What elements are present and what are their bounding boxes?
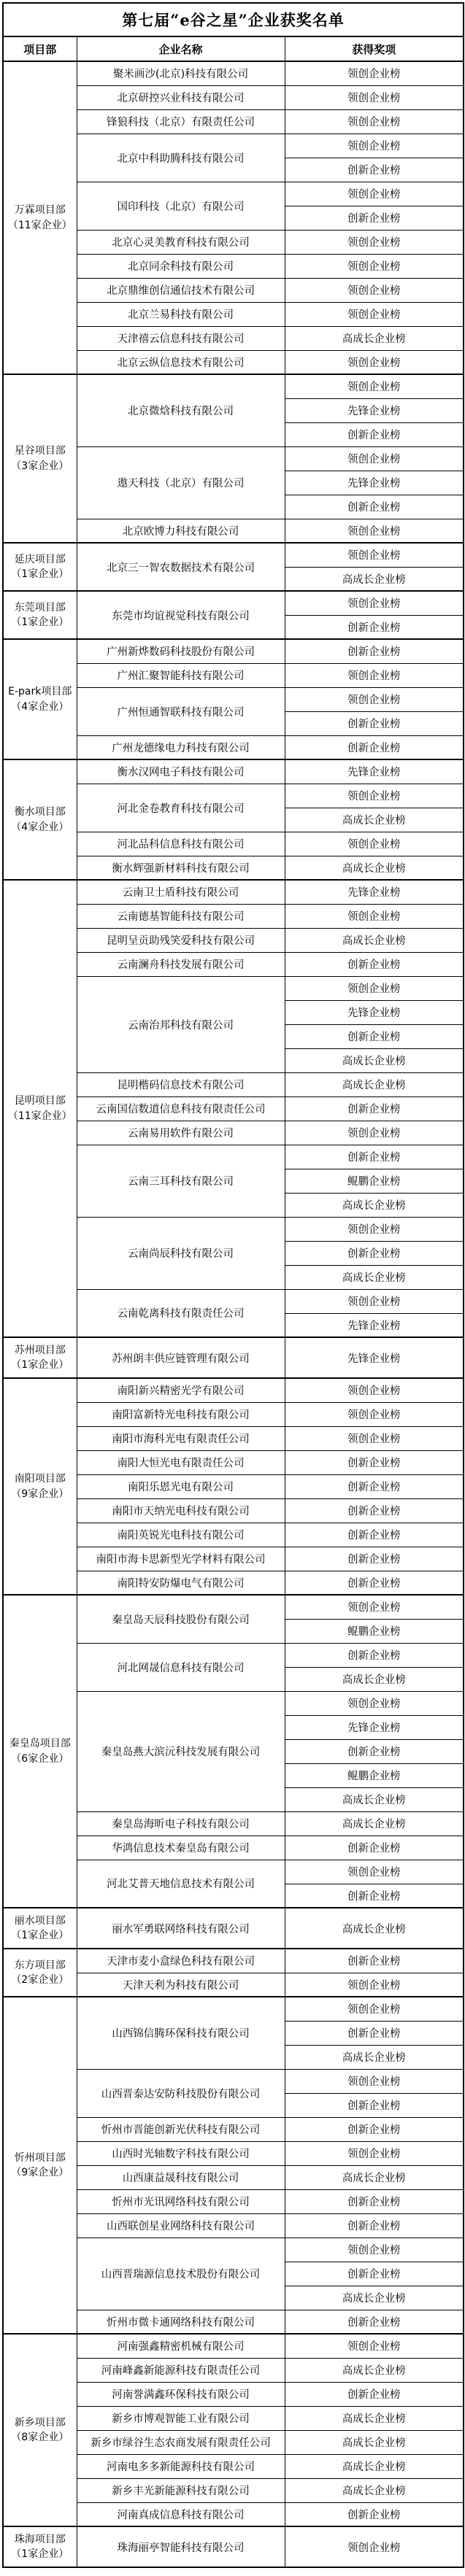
award-cell: 领创企业榜 xyxy=(285,230,464,254)
award-cell: 高成长企业榜 xyxy=(285,928,464,952)
company-name-cell: 山西晋瑞源信息技术股份有限公司 xyxy=(77,2237,285,2310)
award-cell: 创新企业榜 xyxy=(285,495,464,519)
award-cell: 领创企业榜 xyxy=(285,446,464,471)
award-cell: 先锋企业榜 xyxy=(285,1313,464,1337)
table-row: 秦皇岛项目部（6家企业）秦皇岛天辰科技股份有限公司领创企业榜 xyxy=(3,1595,464,1619)
award-cell: 领创企业榜 xyxy=(285,1289,464,1313)
award-cell: 领创企业榜 xyxy=(285,976,464,1000)
award-cell: 创新企业榜 xyxy=(285,2213,464,2237)
award-cell: 领创企业榜 xyxy=(285,2526,464,2567)
company-name-cell: 天津天利为科技有限公司 xyxy=(77,1973,285,1997)
project-dept-name: 万霖项目部 xyxy=(4,203,76,217)
award-cell: 领创企业榜 xyxy=(285,784,464,808)
project-dept-cell: 珠海项目部（1家企业） xyxy=(3,2526,77,2567)
project-dept-name: 秦皇岛项目部 xyxy=(4,1736,76,1751)
award-cell: 创新企业榜 xyxy=(285,1949,464,1973)
company-name-cell: 北京心灵美教育科技有限公司 xyxy=(77,230,285,254)
project-dept-count: （3家企业） xyxy=(4,459,76,473)
company-name-cell: 山西锦信腾环保科技有限公司 xyxy=(77,1997,285,2069)
company-name-cell: 丽水军勇联网络科技有限公司 xyxy=(77,1908,285,1949)
award-cell: 领创企业榜 xyxy=(285,687,464,711)
award-cell: 创新企业榜 xyxy=(285,1523,464,1547)
award-cell: 创新企业榜 xyxy=(285,1450,464,1474)
company-name-cell: 新乡丰光新能源科技有限公司 xyxy=(77,2478,285,2502)
project-dept-count: （4家企业） xyxy=(4,700,76,714)
project-dept-count: （11家企业） xyxy=(4,1109,76,1123)
company-name-cell: 遨天科技（北京）有限公司 xyxy=(77,446,285,519)
award-cell: 领创企业榜 xyxy=(285,1997,464,2021)
project-dept-cell: 昆明项目部（11家企业） xyxy=(3,880,77,1337)
company-name-cell: 北京同余科技有限公司 xyxy=(77,254,285,278)
column-header-company-name: 企业名称 xyxy=(77,36,285,61)
award-cell: 创新企业榜 xyxy=(285,1498,464,1523)
award-cell: 领创企业榜 xyxy=(285,302,464,326)
page-title: 第七届“e谷之星”企业获奖名单 xyxy=(3,3,464,36)
project-dept-name: 昆明项目部 xyxy=(4,1094,76,1108)
company-name-cell: 北京三一智农数据技术有限公司 xyxy=(77,543,285,591)
award-cell: 领创企业榜 xyxy=(285,1595,464,1619)
project-dept-name: 珠海项目部 xyxy=(4,2532,76,2547)
project-dept-name: 星谷项目部 xyxy=(4,444,76,458)
project-dept-count: （2家企业） xyxy=(4,1973,76,1987)
company-name-cell: 北京微焓科技有限公司 xyxy=(77,374,285,446)
award-cell: 领创企业榜 xyxy=(285,2069,464,2093)
award-cell: 领创企业榜 xyxy=(285,2141,464,2165)
project-dept-count: （1家企业） xyxy=(4,1358,76,1372)
award-cell: 高成长企业榜 xyxy=(285,2454,464,2478)
award-cell: 先锋企业榜 xyxy=(285,471,464,495)
table-row: 新乡项目部（8家企业）河南强鑫精密机械有限公司领创企业榜 xyxy=(3,2334,464,2358)
company-name-cell: 北京鼎维创信通信技术有限公司 xyxy=(77,278,285,302)
project-dept-cell: 东方项目部（2家企业） xyxy=(3,1949,77,1997)
company-name-cell: 国印科技（北京）有限公司 xyxy=(77,182,285,230)
project-dept-cell: 秦皇岛项目部（6家企业） xyxy=(3,1595,77,1908)
award-cell: 创新企业榜 xyxy=(285,1474,464,1498)
award-cell: 创新企业榜 xyxy=(285,1024,464,1048)
award-table-body: 万霖项目部（11家企业）聚米画沙(北京)科技有限公司领创企业榜北京研控兴业科技有… xyxy=(3,61,464,2567)
award-cell: 领创企业榜 xyxy=(285,543,464,567)
award-cell: 领创企业榜 xyxy=(285,1121,464,1145)
company-name-cell: 南阳新兴精密光学有限公司 xyxy=(77,1378,285,1402)
award-cell: 鲲鹏企业榜 xyxy=(285,1169,464,1193)
company-name-cell: 南阳市海科光电有限责任公司 xyxy=(77,1426,285,1450)
award-cell: 领创企业榜 xyxy=(285,350,464,374)
award-cell: 高成长企业榜 xyxy=(285,2406,464,2430)
award-cell: 领创企业榜 xyxy=(285,1973,464,1997)
company-name-cell: 河南真成信息科技有限公司 xyxy=(77,2502,285,2526)
award-cell: 先锋企业榜 xyxy=(285,1337,464,1378)
project-dept-count: （1家企业） xyxy=(4,615,76,630)
column-header-award: 获得奖项 xyxy=(285,36,464,61)
project-dept-cell: 忻州项目部（9家企业） xyxy=(3,1997,77,2334)
table-row: 万霖项目部（11家企业）聚米画沙(北京)科技有限公司领创企业榜 xyxy=(3,61,464,85)
company-name-cell: 山西时光轴数字科技有限公司 xyxy=(77,2141,285,2165)
company-name-cell: 北京云纵信息技术有限公司 xyxy=(77,350,285,374)
award-cell: 创新企业榜 xyxy=(285,2021,464,2045)
award-cell: 领创企业榜 xyxy=(285,374,464,398)
table-row: 丽水项目部（1家企业）丽水军勇联网络科技有限公司高成长企业榜 xyxy=(3,1908,464,1949)
project-dept-count: （9家企业） xyxy=(4,2165,76,2180)
award-cell: 高成长企业榜 xyxy=(285,2286,464,2310)
award-cell: 创新企业榜 xyxy=(285,422,464,446)
project-dept-count: （9家企业） xyxy=(4,1487,76,1501)
award-cell: 领创企业榜 xyxy=(285,904,464,928)
award-cell: 领创企业榜 xyxy=(285,1691,464,1715)
award-cell: 创新企业榜 xyxy=(285,1096,464,1121)
project-dept-cell: 苏州项目部（1家企业） xyxy=(3,1337,77,1378)
award-cell: 创新企业榜 xyxy=(285,615,464,639)
company-name-cell: 新乡市绿谷生态农商发展有限责任公司 xyxy=(77,2430,285,2454)
company-name-cell: 河南誉满鑫环保科技有限公司 xyxy=(77,2382,285,2406)
company-name-cell: 华鸿信息技术秦皇岛有限公司 xyxy=(77,1836,285,1860)
project-dept-cell: 星谷项目部（3家企业） xyxy=(3,374,77,543)
project-dept-cell: 丽水项目部（1家企业） xyxy=(3,1908,77,1949)
table-row: 衡水项目部（4家企业）衡水汉网电子科技有限公司先锋企业榜 xyxy=(3,759,464,784)
company-name-cell: 秦皇岛燕大滨沅科技发展有限公司 xyxy=(77,1691,285,1811)
award-cell: 创新企业榜 xyxy=(285,1571,464,1595)
project-dept-count: （1家企业） xyxy=(4,567,76,581)
company-name-cell: 云南治邦科技有限公司 xyxy=(77,976,285,1072)
company-name-cell: 云南易用软件有限公司 xyxy=(77,1121,285,1145)
project-dept-cell: 延庆项目部（1家企业） xyxy=(3,543,77,591)
company-name-cell: 秦皇岛海昕电子科技有限公司 xyxy=(77,1811,285,1836)
company-name-cell: 河北艾普天地信息技术有限公司 xyxy=(77,1860,285,1908)
company-name-cell: 南阳市海卡思新型光学材料有限公司 xyxy=(77,1547,285,1571)
company-name-cell: 广州龙德缘电力科技有限公司 xyxy=(77,735,285,759)
table-row: 昆明项目部（11家企业）云南卫士盾科技有限公司先锋企业榜 xyxy=(3,880,464,904)
award-cell: 领创企业榜 xyxy=(285,61,464,85)
award-cell: 领创企业榜 xyxy=(285,1860,464,1884)
company-name-cell: 昆明楷码信息技术有限公司 xyxy=(77,1072,285,1096)
award-cell: 领创企业榜 xyxy=(285,591,464,615)
company-name-cell: 北京研控兴业科技有限公司 xyxy=(77,85,285,109)
award-cell: 创新企业榜 xyxy=(285,1547,464,1571)
company-name-cell: 北京中科助腾科技有限公司 xyxy=(77,134,285,182)
award-cell: 领创企业榜 xyxy=(285,254,464,278)
project-dept-cell: 东莞项目部（1家企业） xyxy=(3,591,77,639)
project-dept-count: （6家企业） xyxy=(4,1752,76,1766)
company-name-cell: 河北网晟信息科技有限公司 xyxy=(77,1643,285,1691)
award-cell: 领创企业榜 xyxy=(285,134,464,158)
award-cell: 高成长企业榜 xyxy=(285,2358,464,2382)
award-cell: 创新企业榜 xyxy=(285,206,464,230)
award-cell: 创新企业榜 xyxy=(285,2117,464,2141)
award-cell: 领创企业榜 xyxy=(285,1378,464,1402)
award-cell: 创新企业榜 xyxy=(285,2262,464,2286)
project-dept-cell: E-park项目部（4家企业） xyxy=(3,639,77,759)
project-dept-cell: 南阳项目部（9家企业） xyxy=(3,1378,77,1595)
table-row: 南阳项目部（9家企业）南阳新兴精密光学有限公司领创企业榜 xyxy=(3,1378,464,1402)
award-table: 第七届“e谷之星”企业获奖名单 项目部 企业名称 获得奖项 万霖项目部（11家企… xyxy=(2,2,464,2568)
company-name-cell: 衡水汉网电子科技有限公司 xyxy=(77,759,285,784)
company-name-cell: 云南三耳科技有限公司 xyxy=(77,1145,285,1217)
company-name-cell: 河南强鑫精密机械有限公司 xyxy=(77,2334,285,2358)
award-cell: 创新企业榜 xyxy=(285,735,464,759)
company-name-cell: 广州新烨数码科技股份有限公司 xyxy=(77,639,285,663)
award-cell: 高成长企业榜 xyxy=(285,1787,464,1811)
award-cell: 领创企业榜 xyxy=(285,1402,464,1426)
company-name-cell: 云南澜舟科技发展有限公司 xyxy=(77,952,285,976)
company-name-cell: 山西联创星业网络科技有限公司 xyxy=(77,2213,285,2237)
award-cell: 高成长企业榜 xyxy=(285,2165,464,2189)
award-cell: 创新企业榜 xyxy=(285,1739,464,1763)
company-name-cell: 东莞市均谊视觉科技有限公司 xyxy=(77,591,285,639)
company-name-cell: 河南峰鑫新能源科技有限责任公司 xyxy=(77,2358,285,2382)
table-row: 苏州项目部（1家企业）苏州朗丰供应链管理有限公司先锋企业榜 xyxy=(3,1337,464,1378)
award-cell: 先锋企业榜 xyxy=(285,1000,464,1024)
award-cell: 创新企业榜 xyxy=(285,2382,464,2406)
award-cell: 领创企业榜 xyxy=(285,832,464,856)
award-cell: 领创企业榜 xyxy=(285,1217,464,1241)
award-cell: 创新企业榜 xyxy=(285,952,464,976)
company-name-cell: 云南乾离科技有限责任公司 xyxy=(77,1289,285,1337)
company-name-cell: 云南尚辰科技有限公司 xyxy=(77,1217,285,1289)
award-cell: 创新企业榜 xyxy=(285,1241,464,1265)
project-dept-cell: 万霖项目部（11家企业） xyxy=(3,61,77,374)
award-cell: 领创企业榜 xyxy=(285,109,464,134)
company-name-cell: 山西晋泰达安防科技股份有限公司 xyxy=(77,2069,285,2117)
company-name-cell: 昆明呈贡助残笑爱科技有限公司 xyxy=(77,928,285,952)
award-cell: 高成长企业榜 xyxy=(285,808,464,832)
table-row: 珠海项目部（1家企业）珠海丽亭智能科技有限公司领创企业榜 xyxy=(3,2526,464,2567)
project-dept-name: 忻州项目部 xyxy=(4,2151,76,2165)
award-cell: 创新企业榜 xyxy=(285,1643,464,1667)
page: 第七届“e谷之星”企业获奖名单 项目部 企业名称 获得奖项 万霖项目部（11家企… xyxy=(0,0,465,2570)
project-dept-cell: 衡水项目部（4家企业） xyxy=(3,759,77,880)
project-dept-name: 南阳项目部 xyxy=(4,1471,76,1486)
award-cell: 先锋企业榜 xyxy=(285,880,464,904)
award-cell: 先锋企业榜 xyxy=(285,1715,464,1739)
column-header-project-dept: 项目部 xyxy=(3,36,77,61)
company-name-cell: 忻州市微卡通网络科技有限公司 xyxy=(77,2310,285,2334)
project-dept-count: （11家企业） xyxy=(4,218,76,233)
project-dept-name: E-park项目部 xyxy=(4,684,76,699)
project-dept-count: （8家企业） xyxy=(4,2430,76,2445)
award-cell: 高成长企业榜 xyxy=(285,1048,464,1072)
company-name-cell: 天津市麦小盒绿色科技有限公司 xyxy=(77,1949,285,1973)
company-name-cell: 云南国信数道信息科技有限责任公司 xyxy=(77,1096,285,1121)
project-dept-name: 丽水项目部 xyxy=(4,1914,76,1928)
table-row: 延庆项目部（1家企业）北京三一智农数据技术有限公司领创企业榜 xyxy=(3,543,464,567)
award-cell: 领创企业榜 xyxy=(285,278,464,302)
company-name-cell: 河南电多多新能源科技有限公司 xyxy=(77,2454,285,2478)
award-cell: 先锋企业榜 xyxy=(285,398,464,422)
company-name-cell: 锋狼科技（北京）有限责任公司 xyxy=(77,109,285,134)
award-cell: 高成长企业榜 xyxy=(285,2045,464,2069)
company-name-cell: 聚米画沙(北京)科技有限公司 xyxy=(77,61,285,85)
award-cell: 创新企业榜 xyxy=(285,2093,464,2117)
company-name-cell: 忻州市光讯网络科技有限公司 xyxy=(77,2189,285,2213)
award-cell: 创新企业榜 xyxy=(285,639,464,663)
award-cell: 高成长企业榜 xyxy=(285,567,464,591)
company-name-cell: 天津禧云信息科技有限公司 xyxy=(77,326,285,350)
award-cell: 领创企业榜 xyxy=(285,519,464,543)
award-cell: 先锋企业榜 xyxy=(285,759,464,784)
company-name-cell: 河北品科信息科技有限公司 xyxy=(77,832,285,856)
award-cell: 鲲鹏企业榜 xyxy=(285,1619,464,1643)
award-cell: 高成长企业榜 xyxy=(285,2430,464,2454)
company-name-cell: 南阳乐恩光电有限公司 xyxy=(77,1474,285,1498)
company-name-cell: 南阳大恒光电有限责任公司 xyxy=(77,1450,285,1474)
company-name-cell: 北京兰易科技有限公司 xyxy=(77,302,285,326)
project-dept-count: （4家企业） xyxy=(4,820,76,835)
title-row: 第七届“e谷之星”企业获奖名单 xyxy=(3,3,464,36)
project-dept-name: 延庆项目部 xyxy=(4,552,76,567)
award-cell: 高成长企业榜 xyxy=(285,1193,464,1217)
award-cell: 创新企业榜 xyxy=(285,158,464,182)
company-name-cell: 山西康益晟科技有限公司 xyxy=(77,2165,285,2189)
award-cell: 领创企业榜 xyxy=(285,1426,464,1450)
award-cell: 创新企业榜 xyxy=(285,2189,464,2213)
award-cell: 高成长企业榜 xyxy=(285,1908,464,1949)
award-cell: 高成长企业榜 xyxy=(285,326,464,350)
company-name-cell: 南阳特安防爆电气有限公司 xyxy=(77,1571,285,1595)
project-dept-name: 东方项目部 xyxy=(4,1958,76,1973)
award-cell: 高成长企业榜 xyxy=(285,1811,464,1836)
award-cell: 创新企业榜 xyxy=(285,711,464,735)
award-cell: 领创企业榜 xyxy=(285,85,464,109)
company-name-cell: 苏州朗丰供应链管理有限公司 xyxy=(77,1337,285,1378)
company-name-cell: 新乡市博观智能工业有限公司 xyxy=(77,2406,285,2430)
award-cell: 高成长企业榜 xyxy=(285,1265,464,1289)
award-cell: 创新企业榜 xyxy=(285,2310,464,2334)
award-cell: 鲲鹏企业榜 xyxy=(285,1763,464,1787)
project-dept-name: 新乡项目部 xyxy=(4,2416,76,2430)
company-name-cell: 云南德基智能科技有限公司 xyxy=(77,904,285,928)
award-cell: 创新企业榜 xyxy=(285,1145,464,1169)
company-name-cell: 南阳英锐光电科技有限公司 xyxy=(77,1523,285,1547)
table-row: 星谷项目部（3家企业）北京微焓科技有限公司领创企业榜 xyxy=(3,374,464,398)
award-cell: 领创企业榜 xyxy=(285,2237,464,2262)
company-name-cell: 云南卫士盾科技有限公司 xyxy=(77,880,285,904)
award-cell: 高成长企业榜 xyxy=(285,856,464,880)
award-cell: 领创企业榜 xyxy=(285,2334,464,2358)
award-cell: 创新企业榜 xyxy=(285,2502,464,2526)
award-cell: 创新企业榜 xyxy=(285,1884,464,1908)
table-row: 东莞项目部（1家企业）东莞市均谊视觉科技有限公司领创企业榜 xyxy=(3,591,464,615)
company-name-cell: 南阳市天纳光电科技有限公司 xyxy=(77,1498,285,1523)
company-name-cell: 广州汇聚智能科技有限公司 xyxy=(77,663,285,687)
project-dept-cell: 新乡项目部（8家企业） xyxy=(3,2334,77,2526)
award-cell: 高成长企业榜 xyxy=(285,1667,464,1691)
project-dept-count: （1家企业） xyxy=(4,1928,76,1943)
company-name-cell: 南阳富新特光电科技有限公司 xyxy=(77,1402,285,1426)
table-row: 东方项目部（2家企业）天津市麦小盒绿色科技有限公司创新企业榜 xyxy=(3,1949,464,1973)
award-cell: 领创企业榜 xyxy=(285,182,464,206)
company-name-cell: 北京欧博力科技有限公司 xyxy=(77,519,285,543)
header-row: 项目部 企业名称 获得奖项 xyxy=(3,36,464,61)
company-name-cell: 忻州市晋能创新光伏科技有限公司 xyxy=(77,2117,285,2141)
company-name-cell: 衡水辉强新材料科技有限公司 xyxy=(77,856,285,880)
company-name-cell: 河北金卷教育科技有限公司 xyxy=(77,784,285,832)
award-cell: 高成长企业榜 xyxy=(285,2478,464,2502)
award-cell: 高成长企业榜 xyxy=(285,1072,464,1096)
table-row: 忻州项目部（9家企业）山西锦信腾环保科技有限公司领创企业榜 xyxy=(3,1997,464,2021)
company-name-cell: 广州恒通智联科技有限公司 xyxy=(77,687,285,735)
company-name-cell: 秦皇岛天辰科技股份有限公司 xyxy=(77,1595,285,1643)
award-cell: 领创企业榜 xyxy=(285,663,464,687)
project-dept-name: 苏州项目部 xyxy=(4,1343,76,1358)
award-cell: 创新企业榜 xyxy=(285,1836,464,1860)
project-dept-name: 衡水项目部 xyxy=(4,805,76,819)
project-dept-count: （1家企业） xyxy=(4,2547,76,2561)
project-dept-name: 东莞项目部 xyxy=(4,600,76,615)
table-row: E-park项目部（4家企业）广州新烨数码科技股份有限公司创新企业榜 xyxy=(3,639,464,663)
company-name-cell: 珠海丽亭智能科技有限公司 xyxy=(77,2526,285,2567)
